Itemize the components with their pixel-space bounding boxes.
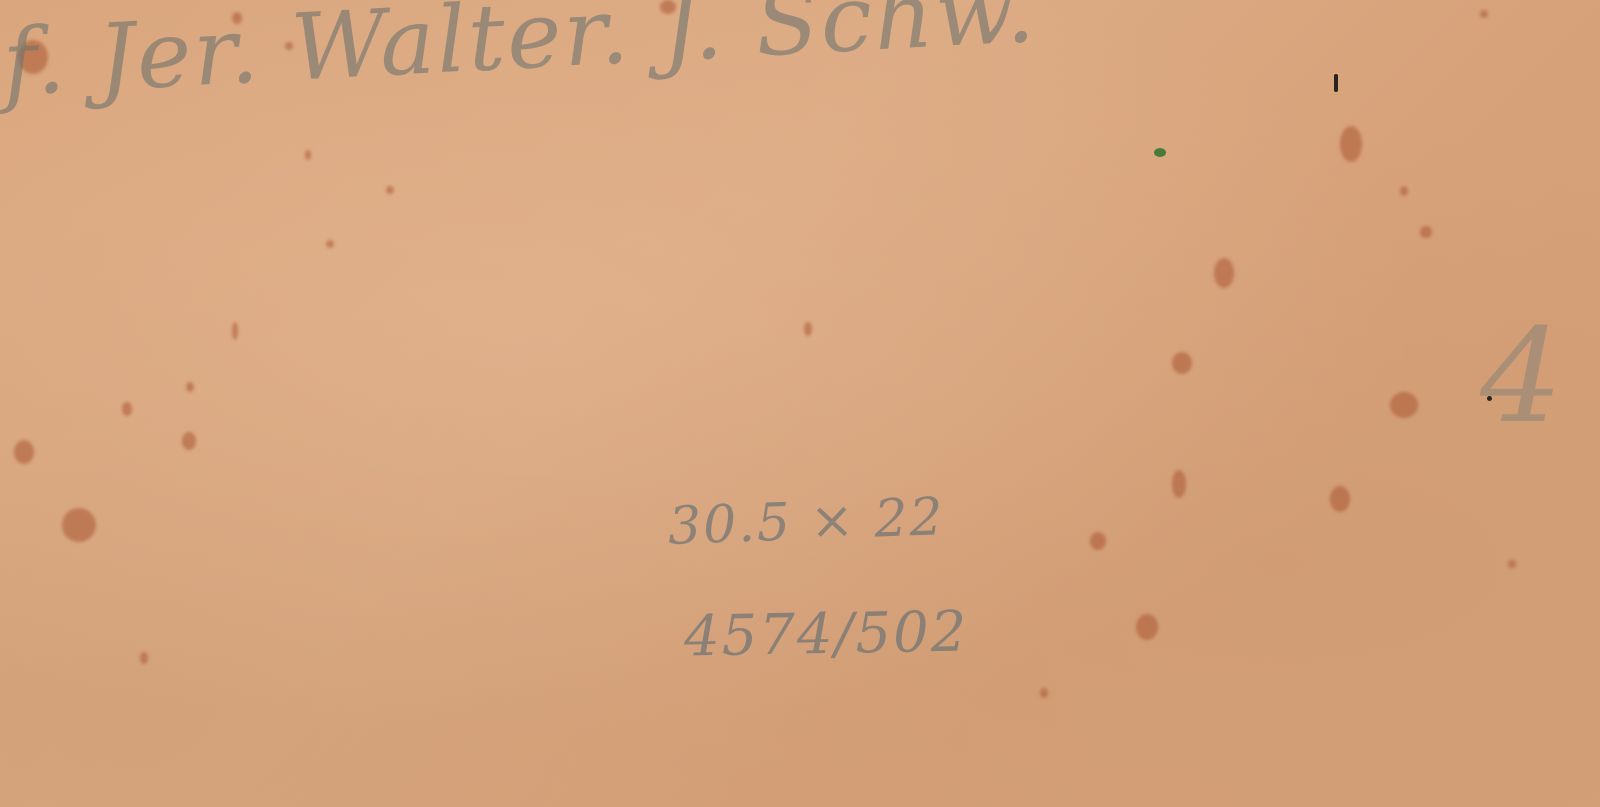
ink-dot	[1334, 74, 1338, 92]
foxing-spot	[14, 440, 34, 464]
foxing-spot	[140, 652, 148, 664]
foxing-spot	[1390, 392, 1418, 418]
corner-mark: 4	[1480, 300, 1565, 452]
foxing-spot	[305, 150, 311, 160]
foxing-spot	[326, 240, 334, 248]
foxing-spot	[1040, 688, 1048, 698]
foxing-spot	[1340, 126, 1362, 162]
foxing-spot	[1330, 486, 1350, 512]
foxing-spot	[232, 322, 238, 340]
foxing-spot	[62, 508, 96, 542]
foxing-spot	[1480, 10, 1488, 18]
foxing-spot	[1508, 560, 1516, 568]
foxing-spot	[1172, 352, 1192, 374]
foxing-spot	[122, 402, 132, 416]
foxing-spot	[186, 382, 194, 392]
dimensions-note: 30.5 × 22	[667, 487, 946, 557]
foxing-spot	[1400, 186, 1408, 196]
foxing-spot	[1172, 470, 1186, 498]
foxing-spot	[1136, 614, 1158, 640]
inventory-number: 4574/502	[683, 600, 968, 670]
foxing-spot	[386, 186, 394, 194]
green-speck	[1154, 148, 1166, 157]
foxing-spot	[804, 322, 812, 336]
foxing-spot	[182, 432, 196, 450]
foxing-spot	[1214, 258, 1234, 288]
foxing-spot	[1420, 226, 1432, 238]
paper-background	[0, 0, 1600, 807]
foxing-spot	[1090, 532, 1106, 550]
